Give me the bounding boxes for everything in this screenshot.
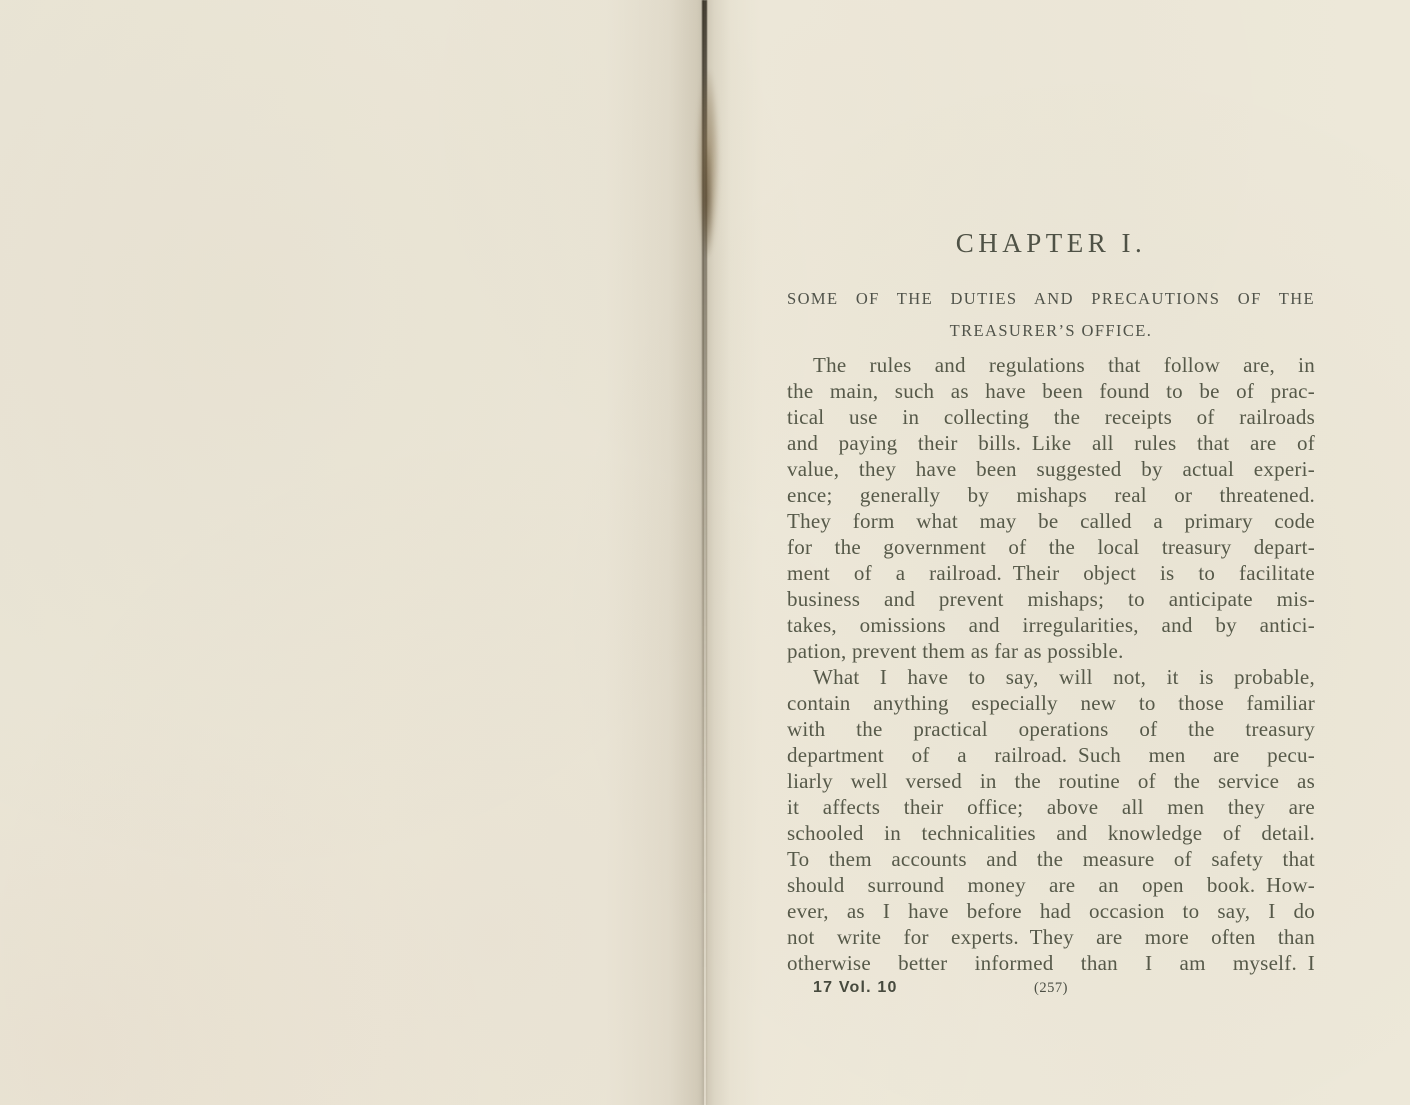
- body-line: They form what may be called a primary c…: [787, 508, 1315, 534]
- body-line: business and prevent mishaps; to anticip…: [787, 586, 1315, 612]
- body-line: ever, as I have before had occasion to s…: [787, 898, 1315, 924]
- body-line: with the practical operations of the tre…: [787, 716, 1315, 742]
- page-footer: 17 Vol. 10 (257): [787, 979, 1315, 1001]
- body-line: ment of a railroad. Their object is to f…: [787, 560, 1315, 586]
- body-line: takes, omissions and irregularities, and…: [787, 612, 1315, 638]
- book-spread: CHAPTER I. SOME OF THE DUTIES AND PRECAU…: [0, 0, 1410, 1105]
- body-line: liarly well versed in the routine of the…: [787, 768, 1315, 794]
- body-line: should surround money are an open book. …: [787, 872, 1315, 898]
- chapter-heading: CHAPTER I.: [787, 227, 1315, 259]
- body-line: for the government of the local treasury…: [787, 534, 1315, 560]
- body-line: it affects their office; above all men t…: [787, 794, 1315, 820]
- page-number: (257): [787, 980, 1315, 997]
- body-line: To them accounts and the measure of safe…: [787, 846, 1315, 872]
- body-line: pation, prevent them as far as possible.: [787, 638, 1315, 664]
- body-line: not write for experts. They are more oft…: [787, 924, 1315, 950]
- body-line: value, they have been suggested by actua…: [787, 456, 1315, 482]
- body-line: ence; generally by mishaps real or threa…: [787, 482, 1315, 508]
- body-line: otherwise better informed than I am myse…: [787, 950, 1315, 976]
- chapter-subtitle: SOME OF THE DUTIES AND PRECAUTIONS OF TH…: [787, 283, 1315, 347]
- body-line: the main, such as have been found to be …: [787, 378, 1315, 404]
- body-text: The rules and regulations that follow ar…: [787, 352, 1315, 976]
- gutter-stain-dark: [701, 140, 713, 260]
- page-text-block: CHAPTER I. SOME OF THE DUTIES AND PRECAU…: [787, 227, 1315, 1001]
- chapter-subtitle-line-1: SOME OF THE DUTIES AND PRECAUTIONS OF TH…: [787, 283, 1315, 315]
- body-line: contain anything especially new to those…: [787, 690, 1315, 716]
- left-page: [0, 0, 704, 1105]
- body-line: and paying their bills. Like all rules t…: [787, 430, 1315, 456]
- body-line: tical use in collecting the receipts of …: [787, 404, 1315, 430]
- body-line: What I have to say, will not, it is prob…: [787, 664, 1315, 690]
- body-line: department of a railroad. Such men are p…: [787, 742, 1315, 768]
- chapter-subtitle-line-2: TREASURER’S OFFICE.: [787, 315, 1315, 347]
- body-line: schooled in technicalities and knowledge…: [787, 820, 1315, 846]
- body-line: The rules and regulations that follow ar…: [787, 352, 1315, 378]
